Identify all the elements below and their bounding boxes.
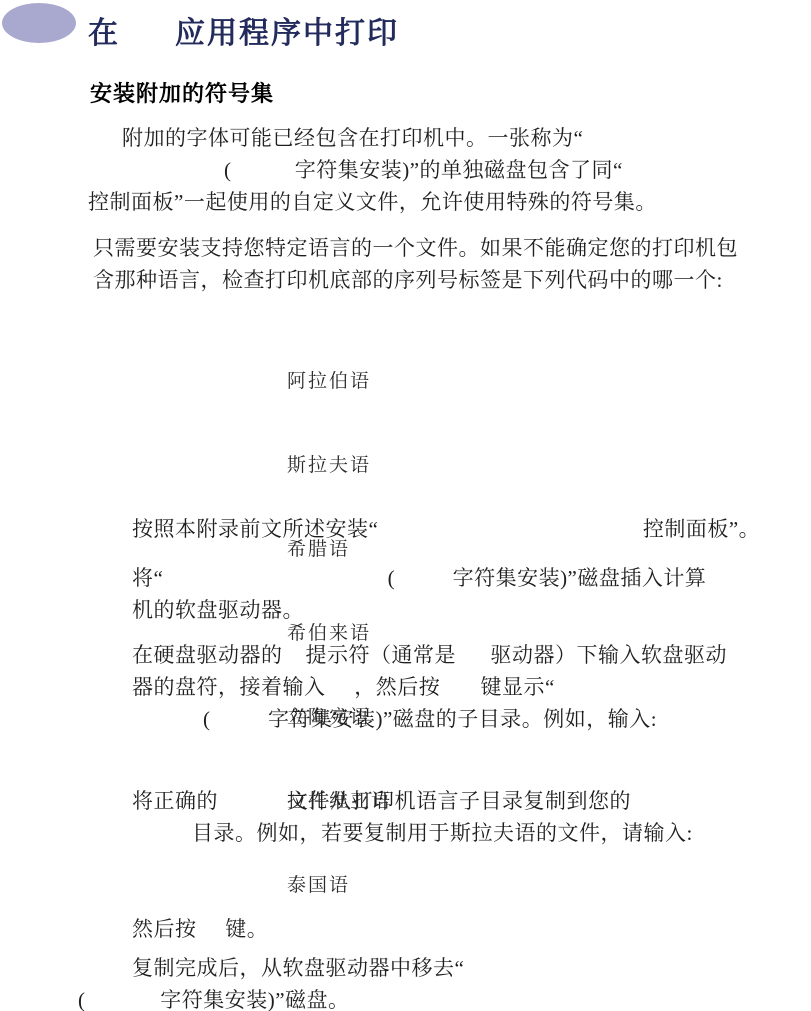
intro-paragraph: 附加的字体可能已经包含在打印机中。一张称为“ ( 字符集安装)”的单独磁盘包含了… [93,122,657,218]
text-line: 含那种语言，检查打印机底部的序列号标签是下列代码中的哪一个: [93,264,738,296]
list-item: 斯拉夫语 [287,452,392,480]
text-line: 按照本附录前文所述安装“ 控制面板”。 [132,513,760,545]
chapter-bullet-ellipse-icon [2,3,76,43]
text-line: ( 字符集安装)”的单独磁盘包含了同“ [224,154,657,186]
text-line: 在硬盘驱动器的 提示符（通常是 驱动器）下输入软盘驱动 [132,639,727,671]
page-title-part1: 在 [88,17,120,50]
language-check-paragraph: 只需要安装支持您特定语言的一个文件。如果不能确定您的打印机包 含那种语言，检查打… [93,232,738,296]
text-line: 目录。例如，若要复制用于斯拉夫语的文件，请输入: [192,817,693,849]
text-line: 将“ ( 字符集安装)”磁盘插入计算 [132,562,706,594]
text-line: 附加的字体可能已经包含在打印机中。一张称为“ [122,122,657,154]
section-heading: 安装附加的符号集 [90,77,274,108]
document-page: 在应用程序中打印 安装附加的符号集 附加的字体可能已经包含在打印机中。一张称为“… [0,0,811,1011]
text-line: 将正确的 文件从打印机语言子目录复制到您的 [132,785,693,817]
text-line: 只需要安装支持您特定语言的一个文件。如果不能确定您的打印机包 [93,232,738,264]
list-item: 阿拉伯语 [287,368,392,396]
step-paragraph-press-enter: 然后按 键。 [132,913,268,945]
text-line: ( 字符集安装)”磁盘的子目录。例如，输入: [203,703,727,735]
step-paragraph-copy-file: 将正确的 文件从打印机语言子目录复制到您的 目录。例如，若要复制用于斯拉夫语的文… [132,785,693,849]
text-line: 器的盘符，接着输入 ，然后按 键显示“ [132,671,727,703]
text-line: ( 字符集安装)”磁盘。 [78,984,464,1011]
step-paragraph-insert-disk: 将“ ( 字符集安装)”磁盘插入计算 机的软盘驱动器。 [132,562,706,626]
step-paragraph-install-panel: 按照本附录前文所述安装“ 控制面板”。 [132,513,760,545]
language-list: 阿拉伯语 斯拉夫语 希腊语 希伯来语 立陶宛语 拉托维亚语 泰国语 [287,312,392,956]
text-line: 机的软盘驱动器。 [132,594,706,626]
list-item: 泰国语 [287,872,392,900]
step-paragraph-dos-prompt: 在硬盘驱动器的 提示符（通常是 驱动器）下输入软盘驱动 器的盘符，接着输入 ，然… [132,639,727,735]
step-paragraph-remove-disk: 复制完成后，从软盘驱动器中移去“ ( 字符集安装)”磁盘。 [132,952,464,1011]
page-title-part2: 应用程序中打印 [175,17,399,50]
page-title: 在应用程序中打印 [88,8,399,52]
text-line: 然后按 键。 [132,913,268,945]
text-line: 复制完成后，从软盘驱动器中移去“ [132,952,464,984]
text-line: 控制面板”一起使用的自定义文件，允许使用特殊的符号集。 [88,186,657,218]
